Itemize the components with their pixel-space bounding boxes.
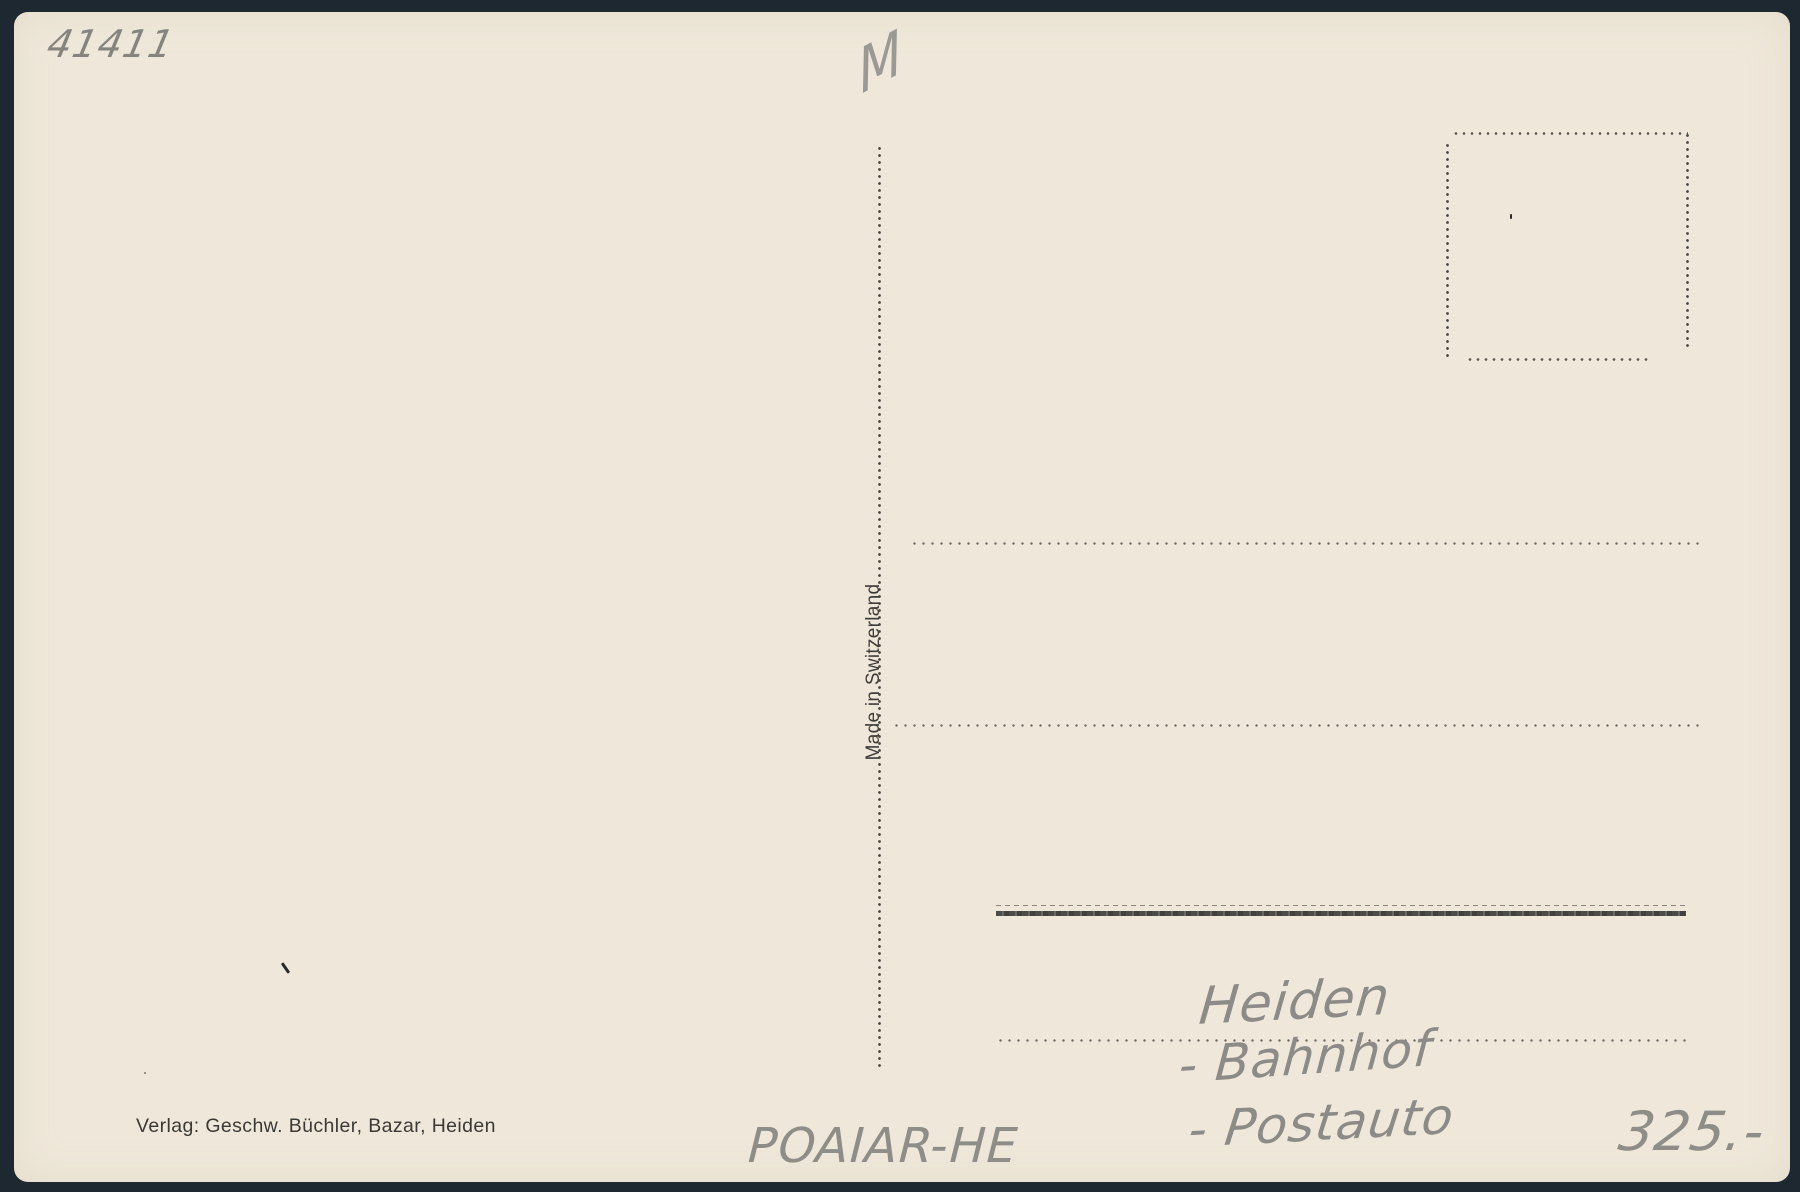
made-in-label: Made in Switzerland (863, 584, 885, 761)
stamp-box-top-edge (1452, 132, 1688, 135)
publisher-imprint: Verlag: Geschw. Büchler, Bazar, Heiden (136, 1115, 496, 1138)
speck (281, 962, 290, 974)
postcard: 41411 M Made in Switzerland Heiden - Bah… (14, 12, 1790, 1182)
handwritten-code: POAIAR-HE (741, 1118, 1025, 1174)
stamp-box-right-edge (1686, 132, 1689, 350)
stamp-box-bottom-edge (1466, 358, 1650, 361)
speck (144, 1072, 146, 1074)
handwritten-number: 41411 (43, 22, 178, 66)
stamp-box (1446, 132, 1688, 360)
stamp-box-left-edge (1446, 142, 1449, 360)
address-line-1 (910, 542, 1704, 545)
address-line-2 (892, 724, 1704, 727)
handwritten-address-line-3: - Postauto (1185, 1087, 1457, 1159)
address-line-3 (996, 911, 1686, 916)
speck (1510, 214, 1512, 219)
handwritten-mark: M (854, 17, 907, 109)
address-line-3-thin (996, 905, 1686, 906)
handwritten-price: 325.- (1614, 1100, 1770, 1163)
